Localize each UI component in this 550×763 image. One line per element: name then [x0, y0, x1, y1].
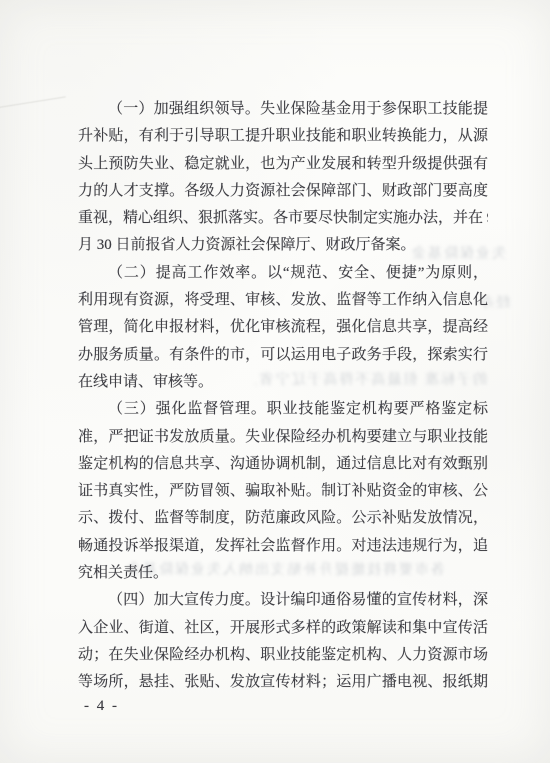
text-line: 动；在失业保险经办机构、职业技能鉴定机构、人力资源市场 [78, 642, 488, 669]
scanned-document-page: 失业保险基金 经办 的子标准 但最高不得高于辽宁省人力资 各市要将技能提升补贴支… [0, 0, 550, 763]
text-line: 鉴定机构的信息共享、沟通协调机制，通过信息比对有效甄别 [78, 451, 488, 478]
text-line: 办服务质量。有条件的市，可以运用电子政务手段，探索实行 [78, 342, 488, 369]
text-line: （一）加强组织领导。失业保险基金用于参保职工技能提 [78, 96, 488, 123]
text-line: 究相关责任。 [78, 560, 488, 587]
text-line: 示、拨付、监督等制度，防范廉政风险。公示补贴发放情况， [78, 505, 488, 532]
text-line: 管理，简化申报材料，优化审核流程，强化信息共享，提高经 [78, 314, 488, 341]
text-line: 在线申请、审核等。 [78, 369, 488, 396]
text-line: 升补贴，有利于引导职工提升职业技能和职业转换能力，从源 [78, 123, 488, 150]
text-line: 重视，精心组织、狠抓落实。各市要尽快制定实施办法，并在 9 [78, 205, 488, 232]
text-line: 准，严把证书发放质量。失业保险经办机构要建立与职业技能 [78, 424, 488, 451]
page-number: - 4 - [84, 698, 119, 715]
text-line: 力的人才支撑。各级人力资源社会保障部门、财政部门要高度 [78, 178, 488, 205]
text-line: 等场所，悬挂、张贴、发放宣传材料；运用广播电视、报纸期 [78, 669, 488, 696]
document-body: （一）加强组织领导。失业保险基金用于参保职工技能提升补贴，有利于引导职工提升职业… [78, 96, 488, 697]
text-line: 月 30 日前报省人力资源社会保障厅、财政厅备案。 [78, 232, 488, 259]
scan-artifact-line [0, 96, 66, 108]
text-line: 利用现有资源，将受理、审核、发放、监督等工作纳入信息化 [78, 287, 488, 314]
text-line: 证书真实性，严防冒领、骗取补贴。制订补贴资金的审核、公 [78, 478, 488, 505]
text-line: （四）加大宣传力度。设计编印通俗易懂的宣传材料，深 [78, 587, 488, 614]
text-line: （二）提高工作效率。以“规范、安全、便捷”为原则， [78, 260, 488, 287]
text-line: 入企业、街道、社区，开展形式多样的政策解读和集中宣传活 [78, 615, 488, 642]
text-line: （三）强化监督管理。职业技能鉴定机构要严格鉴定标 [78, 396, 488, 423]
text-line: 畅通投诉举报渠道，发挥社会监督作用。对违法违规行为，追 [78, 533, 488, 560]
text-line: 头上预防失业、稳定就业，也为产业发展和转型升级提供强有 [78, 151, 488, 178]
